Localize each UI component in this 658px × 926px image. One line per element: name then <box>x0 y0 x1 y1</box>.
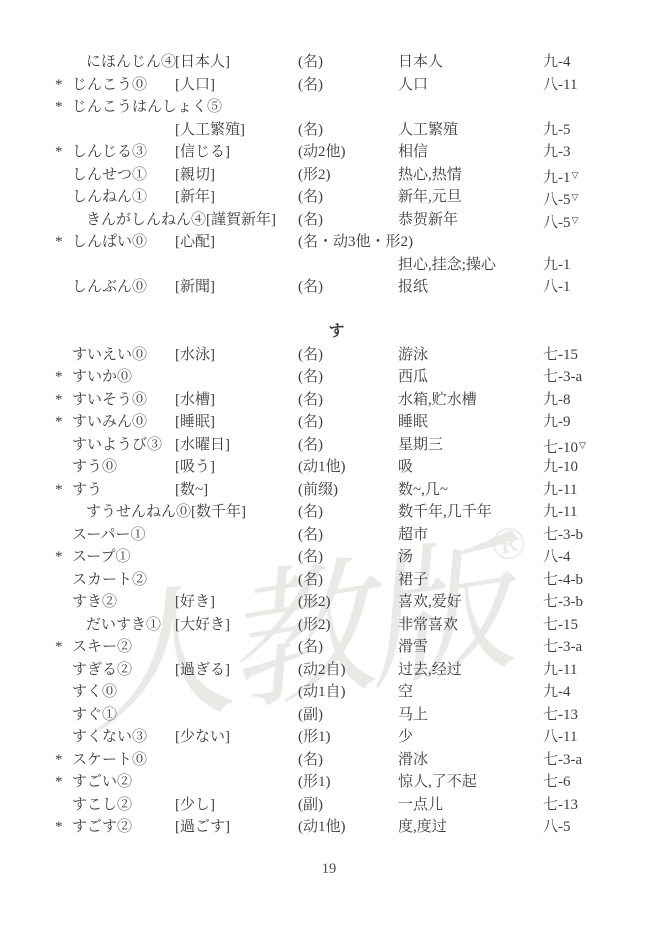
page-number: 19 <box>0 861 658 878</box>
part-of-speech: (名) <box>298 749 398 772</box>
lesson-reference <box>543 231 618 254</box>
part-of-speech: (名) <box>298 276 398 299</box>
vocab-row: スカート② (名) 裙子 七-4-b <box>55 569 618 592</box>
vocab-row: すいようび③ [水曜日] (名) 星期三 七-10▽ <box>55 434 618 457</box>
lesson-reference: 七-4-b <box>543 569 618 592</box>
part-of-speech: (名) <box>298 344 398 367</box>
star-marker <box>55 704 72 727</box>
part-of-speech: (副) <box>298 794 398 817</box>
part-of-speech: (形1) <box>298 726 398 749</box>
kanji-notation <box>175 569 298 592</box>
kanji-notation <box>175 366 298 389</box>
part-of-speech: (前缀) <box>298 479 398 502</box>
part-of-speech: (名) <box>298 389 398 412</box>
chinese-translation: 新年,元旦 <box>398 186 543 209</box>
part-of-speech: (名) <box>298 501 398 524</box>
vocab-row: * すごす② [過ごす] (动1他) 度,度过 八-5 <box>55 816 618 839</box>
lesson-reference: 九-1 <box>543 254 618 277</box>
chinese-translation: 相信 <box>398 141 543 164</box>
kana-reading: だいすき① <box>72 614 175 637</box>
vocab-row: * すいそう⓪ [水槽] (名) 水箱,贮水槽 九-8 <box>55 389 618 412</box>
vocab-row: すき② [好き] (形2) 喜欢,爱好 七-3-b <box>55 591 618 614</box>
part-of-speech: (名・动3他・形2) <box>298 231 398 254</box>
kana-reading: スープ① <box>72 546 175 569</box>
kana-reading: しんぱい⓪ <box>72 231 175 254</box>
part-of-speech: (名) <box>298 74 398 97</box>
lesson-reference: 七-3-a <box>543 636 618 659</box>
kana-reading: すうせんねん⓪[数千年] <box>72 501 298 524</box>
vocab-row: スーパー① (名) 超市 七-3-b <box>55 524 618 547</box>
kana-reading: じんこう⓪ <box>72 74 175 97</box>
star-marker: * <box>55 411 72 434</box>
chinese-translation: 恭贺新年 <box>398 209 543 232</box>
kana-reading: しんねん① <box>72 186 175 209</box>
lesson-reference: 九-11 <box>543 659 618 682</box>
kanji-notation <box>175 749 298 772</box>
kanji-notation: [水槽] <box>175 389 298 412</box>
star-marker: * <box>55 366 72 389</box>
lesson-reference: 九-10 <box>543 456 618 479</box>
vocab-row: すいえい⓪ [水泳] (名) 游泳 七-15 <box>55 344 618 367</box>
row-gap <box>55 299 618 322</box>
part-of-speech: (形2) <box>298 164 398 187</box>
vocab-row: * しんぱい⓪ [心配] (名・动3他・形2) <box>55 231 618 254</box>
lesson-reference: 七-6 <box>543 771 618 794</box>
kana-reading: じんこうはんしょく⑤ <box>72 96 175 119</box>
part-of-speech: (形2) <box>298 614 398 637</box>
star-marker: * <box>55 96 72 119</box>
chinese-translation: 数~,几~ <box>398 479 543 502</box>
lesson-reference: 八-11 <box>543 74 618 97</box>
star-marker <box>55 614 72 637</box>
kana-reading: すぎる② <box>72 659 175 682</box>
chinese-translation: 水箱,贮水槽 <box>398 389 543 412</box>
kana-reading: スーパー① <box>72 524 175 547</box>
star-marker <box>55 209 72 232</box>
part-of-speech: (副) <box>298 704 398 727</box>
chinese-translation: 数千年,几千年 <box>398 501 543 524</box>
star-marker: * <box>55 771 72 794</box>
part-of-speech: (动1自) <box>298 681 398 704</box>
kanji-notation <box>175 546 298 569</box>
kana-reading: スカート② <box>72 569 175 592</box>
vocab-row: しんせつ① [親切] (形2) 热心,热情 九-1▽ <box>55 164 618 187</box>
vocab-row: しんぶん⓪ [新聞] (名) 报纸 八-1 <box>55 276 618 299</box>
kana-reading: すごい② <box>72 771 175 794</box>
star-marker: * <box>55 141 72 164</box>
lesson-reference: 九-9 <box>543 411 618 434</box>
vocab-row: * すごい② (形1) 惊人,了不起 七-6 <box>55 771 618 794</box>
vocab-row: * じんこうはんしょく⑤ <box>55 96 618 119</box>
star-marker <box>55 186 72 209</box>
kanji-notation: [信じる] <box>175 141 298 164</box>
star-marker: * <box>55 749 72 772</box>
vocab-row: すうせんねん⓪[数千年] (名) 数千年,几千年 九-11 <box>55 501 618 524</box>
kanji-notation: [新聞] <box>175 276 298 299</box>
vocab-row: * スキー② (名) 滑雪 七-3-a <box>55 636 618 659</box>
part-of-speech: (名) <box>298 209 398 232</box>
kanji-notation: [睡眠] <box>175 411 298 434</box>
star-marker <box>55 794 72 817</box>
kanji-notation: [過ぎる] <box>175 659 298 682</box>
chinese-translation: 人口 <box>398 74 543 97</box>
part-of-speech: (名) <box>298 524 398 547</box>
chinese-translation: 超市 <box>398 524 543 547</box>
chinese-translation: 担心,挂念;操心 <box>398 254 543 277</box>
part-of-speech: (动2他) <box>298 141 398 164</box>
kanji-notation: [大好き] <box>175 614 298 637</box>
star-marker: * <box>55 74 72 97</box>
part-of-speech: (名) <box>298 434 398 457</box>
section-header: す <box>55 321 618 344</box>
star-marker: * <box>55 479 72 502</box>
kanji-notation <box>175 524 298 547</box>
chinese-translation: 少 <box>398 726 543 749</box>
kanji-notation: [少し] <box>175 794 298 817</box>
kanji-notation: [親切] <box>175 164 298 187</box>
kanji-notation: [心配] <box>175 231 298 254</box>
kanji-notation <box>175 254 298 277</box>
kana-reading: しんじる③ <box>72 141 175 164</box>
part-of-speech: (名) <box>298 51 398 74</box>
variant-triangle-mark: ▽ <box>579 440 586 450</box>
chinese-translation: 非常喜欢 <box>398 614 543 637</box>
lesson-reference: 九-5 <box>543 119 618 142</box>
star-marker <box>55 119 72 142</box>
part-of-speech: (名) <box>298 546 398 569</box>
part-of-speech: (名) <box>298 186 398 209</box>
chinese-translation: 裙子 <box>398 569 543 592</box>
chinese-translation: 空 <box>398 681 543 704</box>
part-of-speech: (名) <box>298 411 398 434</box>
vocabulary-page: 人教版® にほんじん④ [日本人] (名) 日本人 九-4 * じんこう⓪ [人… <box>0 0 658 926</box>
lesson-reference: 八-1 <box>543 276 618 299</box>
vocab-row: [人工繁殖] (名) 人工繁殖 九-5 <box>55 119 618 142</box>
lesson-reference: 七-3-a <box>543 366 618 389</box>
kana-reading: スケート⓪ <box>72 749 175 772</box>
chinese-translation: 人工繁殖 <box>398 119 543 142</box>
part-of-speech: (名) <box>298 366 398 389</box>
vocab-row: だいすき① [大好き] (形2) 非常喜欢 七-15 <box>55 614 618 637</box>
chinese-translation: 星期三 <box>398 434 543 457</box>
kanji-notation: [人口] <box>175 74 298 97</box>
kana-reading: きんがしんねん④[謹賀新年] <box>72 209 298 232</box>
chinese-translation: 日本人 <box>398 51 543 74</box>
kanji-notation <box>175 704 298 727</box>
vocab-row: 担心,挂念;操心 九-1 <box>55 254 618 277</box>
kana-reading: すこし② <box>72 794 175 817</box>
star-marker <box>55 726 72 749</box>
kana-reading: すいそう⓪ <box>72 389 175 412</box>
lesson-reference: 八-5 <box>543 816 618 839</box>
kanji-notation: [好き] <box>175 591 298 614</box>
vocab-row: * スケート⓪ (名) 滑冰 七-3-a <box>55 749 618 772</box>
kanji-notation: [新年] <box>175 186 298 209</box>
part-of-speech: (动1他) <box>298 816 398 839</box>
lesson-reference: 七-15 <box>543 344 618 367</box>
kanji-notation <box>175 681 298 704</box>
star-marker: * <box>55 231 72 254</box>
star-marker <box>55 51 72 74</box>
kana-reading: すう <box>72 479 175 502</box>
lesson-reference: 八-5▽ <box>543 209 618 232</box>
star-marker: * <box>55 636 72 659</box>
vocab-row: しんねん① [新年] (名) 新年,元旦 八-5▽ <box>55 186 618 209</box>
chinese-translation: 过去,经过 <box>398 659 543 682</box>
variant-triangle-mark: ▽ <box>572 192 579 202</box>
kana-reading: すく⓪ <box>72 681 175 704</box>
lesson-reference: 七-10▽ <box>543 434 618 457</box>
chinese-translation: 热心,热情 <box>398 164 543 187</box>
star-marker <box>55 344 72 367</box>
kana-reading: すう⓪ <box>72 456 175 479</box>
part-of-speech: (形1) <box>298 771 398 794</box>
kana-reading <box>72 119 175 142</box>
part-of-speech: (名) <box>298 569 398 592</box>
star-marker <box>55 164 72 187</box>
vocab-row: すう⓪ [吸う] (动1他) 吸 九-10 <box>55 456 618 479</box>
kana-reading: しんぶん⓪ <box>72 276 175 299</box>
kanji-notation: [人工繁殖] <box>175 119 298 142</box>
kanji-notation <box>175 96 298 119</box>
star-marker <box>55 254 72 277</box>
variant-triangle-mark: ▽ <box>572 170 579 180</box>
vocab-row: すぎる② [過ぎる] (动2自) 过去,经过 九-11 <box>55 659 618 682</box>
kanji-notation: [過ごす] <box>175 816 298 839</box>
lesson-reference: 七-3-b <box>543 591 618 614</box>
chinese-translation: 惊人,了不起 <box>398 771 543 794</box>
lesson-reference: 九-4 <box>543 51 618 74</box>
star-marker <box>55 456 72 479</box>
star-marker <box>55 434 72 457</box>
lesson-reference: 八-4 <box>543 546 618 569</box>
chinese-translation: 度,度过 <box>398 816 543 839</box>
chinese-translation: 游泳 <box>398 344 543 367</box>
kana-reading: すいみん⓪ <box>72 411 175 434</box>
chinese-translation: 滑冰 <box>398 749 543 772</box>
star-marker <box>55 276 72 299</box>
chinese-translation: 一点儿 <box>398 794 543 817</box>
chinese-translation: 报纸 <box>398 276 543 299</box>
kanji-notation: [日本人] <box>175 51 298 74</box>
part-of-speech: (名) <box>298 636 398 659</box>
part-of-speech: (动1他) <box>298 456 398 479</box>
vocab-row: すこし② [少し] (副) 一点儿 七-13 <box>55 794 618 817</box>
vocab-row: * しんじる③ [信じる] (动2他) 相信 九-3 <box>55 141 618 164</box>
lesson-reference: 九-8 <box>543 389 618 412</box>
star-marker: * <box>55 546 72 569</box>
lesson-reference: 八-11 <box>543 726 618 749</box>
vocab-row: すぐ① (副) 马上 七-13 <box>55 704 618 727</box>
kana-reading: すくない③ <box>72 726 175 749</box>
vocab-row: すく⓪ (动1自) 空 九-4 <box>55 681 618 704</box>
part-of-speech <box>298 254 398 277</box>
kana-reading: にほんじん④ <box>72 51 175 74</box>
star-marker <box>55 569 72 592</box>
chinese-translation: 滑雪 <box>398 636 543 659</box>
vocab-row: * スープ① (名) 汤 八-4 <box>55 546 618 569</box>
kana-reading: すき② <box>72 591 175 614</box>
chinese-translation: 吸 <box>398 456 543 479</box>
lesson-reference: 七-3-b <box>543 524 618 547</box>
lesson-reference: 九-1▽ <box>543 164 618 187</box>
vocab-row: すくない③ [少ない] (形1) 少 八-11 <box>55 726 618 749</box>
chinese-translation: 西瓜 <box>398 366 543 389</box>
kana-reading: スキー② <box>72 636 175 659</box>
kana-reading: すいえい⓪ <box>72 344 175 367</box>
kana-reading: すいようび③ <box>72 434 175 457</box>
kanji-notation: [水泳] <box>175 344 298 367</box>
star-marker <box>55 591 72 614</box>
vocab-row: * すいか⓪ (名) 西瓜 七-3-a <box>55 366 618 389</box>
chinese-translation: 睡眠 <box>398 411 543 434</box>
part-of-speech: (动2自) <box>298 659 398 682</box>
lesson-reference: 九-11 <box>543 479 618 502</box>
kana-reading: すごす② <box>72 816 175 839</box>
vocab-row: * すいみん⓪ [睡眠] (名) 睡眠 九-9 <box>55 411 618 434</box>
kanji-notation: [水曜日] <box>175 434 298 457</box>
kana-reading: すぐ① <box>72 704 175 727</box>
lesson-reference <box>543 96 618 119</box>
chinese-translation <box>398 231 543 254</box>
chinese-translation: 马上 <box>398 704 543 727</box>
part-of-speech: (形2) <box>298 591 398 614</box>
lesson-reference: 七-15 <box>543 614 618 637</box>
kanji-notation <box>175 771 298 794</box>
chinese-translation: 汤 <box>398 546 543 569</box>
vocab-list: にほんじん④ [日本人] (名) 日本人 九-4 * じんこう⓪ [人口] (名… <box>55 51 618 839</box>
vocab-row: * すう [数~] (前缀) 数~,几~ 九-11 <box>55 479 618 502</box>
variant-triangle-mark: ▽ <box>572 215 579 225</box>
lesson-reference: 九-3 <box>543 141 618 164</box>
part-of-speech <box>298 96 398 119</box>
lesson-reference: 九-11 <box>543 501 618 524</box>
kana-reading: すいか⓪ <box>72 366 175 389</box>
kanji-notation <box>175 636 298 659</box>
kana-reading: しんせつ① <box>72 164 175 187</box>
kanji-notation: [数~] <box>175 479 298 502</box>
vocab-row: きんがしんねん④[謹賀新年] (名) 恭贺新年 八-5▽ <box>55 209 618 232</box>
star-marker <box>55 659 72 682</box>
star-marker: * <box>55 816 72 839</box>
kana-reading <box>72 254 175 277</box>
lesson-reference: 七-13 <box>543 794 618 817</box>
part-of-speech: (名) <box>298 119 398 142</box>
lesson-reference: 九-4 <box>543 681 618 704</box>
star-marker <box>55 501 72 524</box>
kanji-notation: [吸う] <box>175 456 298 479</box>
chinese-translation: 喜欢,爱好 <box>398 591 543 614</box>
chinese-translation <box>398 96 543 119</box>
star-marker <box>55 681 72 704</box>
vocab-row: にほんじん④ [日本人] (名) 日本人 九-4 <box>55 51 618 74</box>
lesson-reference: 七-13 <box>543 704 618 727</box>
lesson-reference: 八-5▽ <box>543 186 618 209</box>
star-marker: * <box>55 389 72 412</box>
star-marker <box>55 524 72 547</box>
lesson-reference: 七-3-a <box>543 749 618 772</box>
kanji-notation: [少ない] <box>175 726 298 749</box>
vocab-row: * じんこう⓪ [人口] (名) 人口 八-11 <box>55 74 618 97</box>
